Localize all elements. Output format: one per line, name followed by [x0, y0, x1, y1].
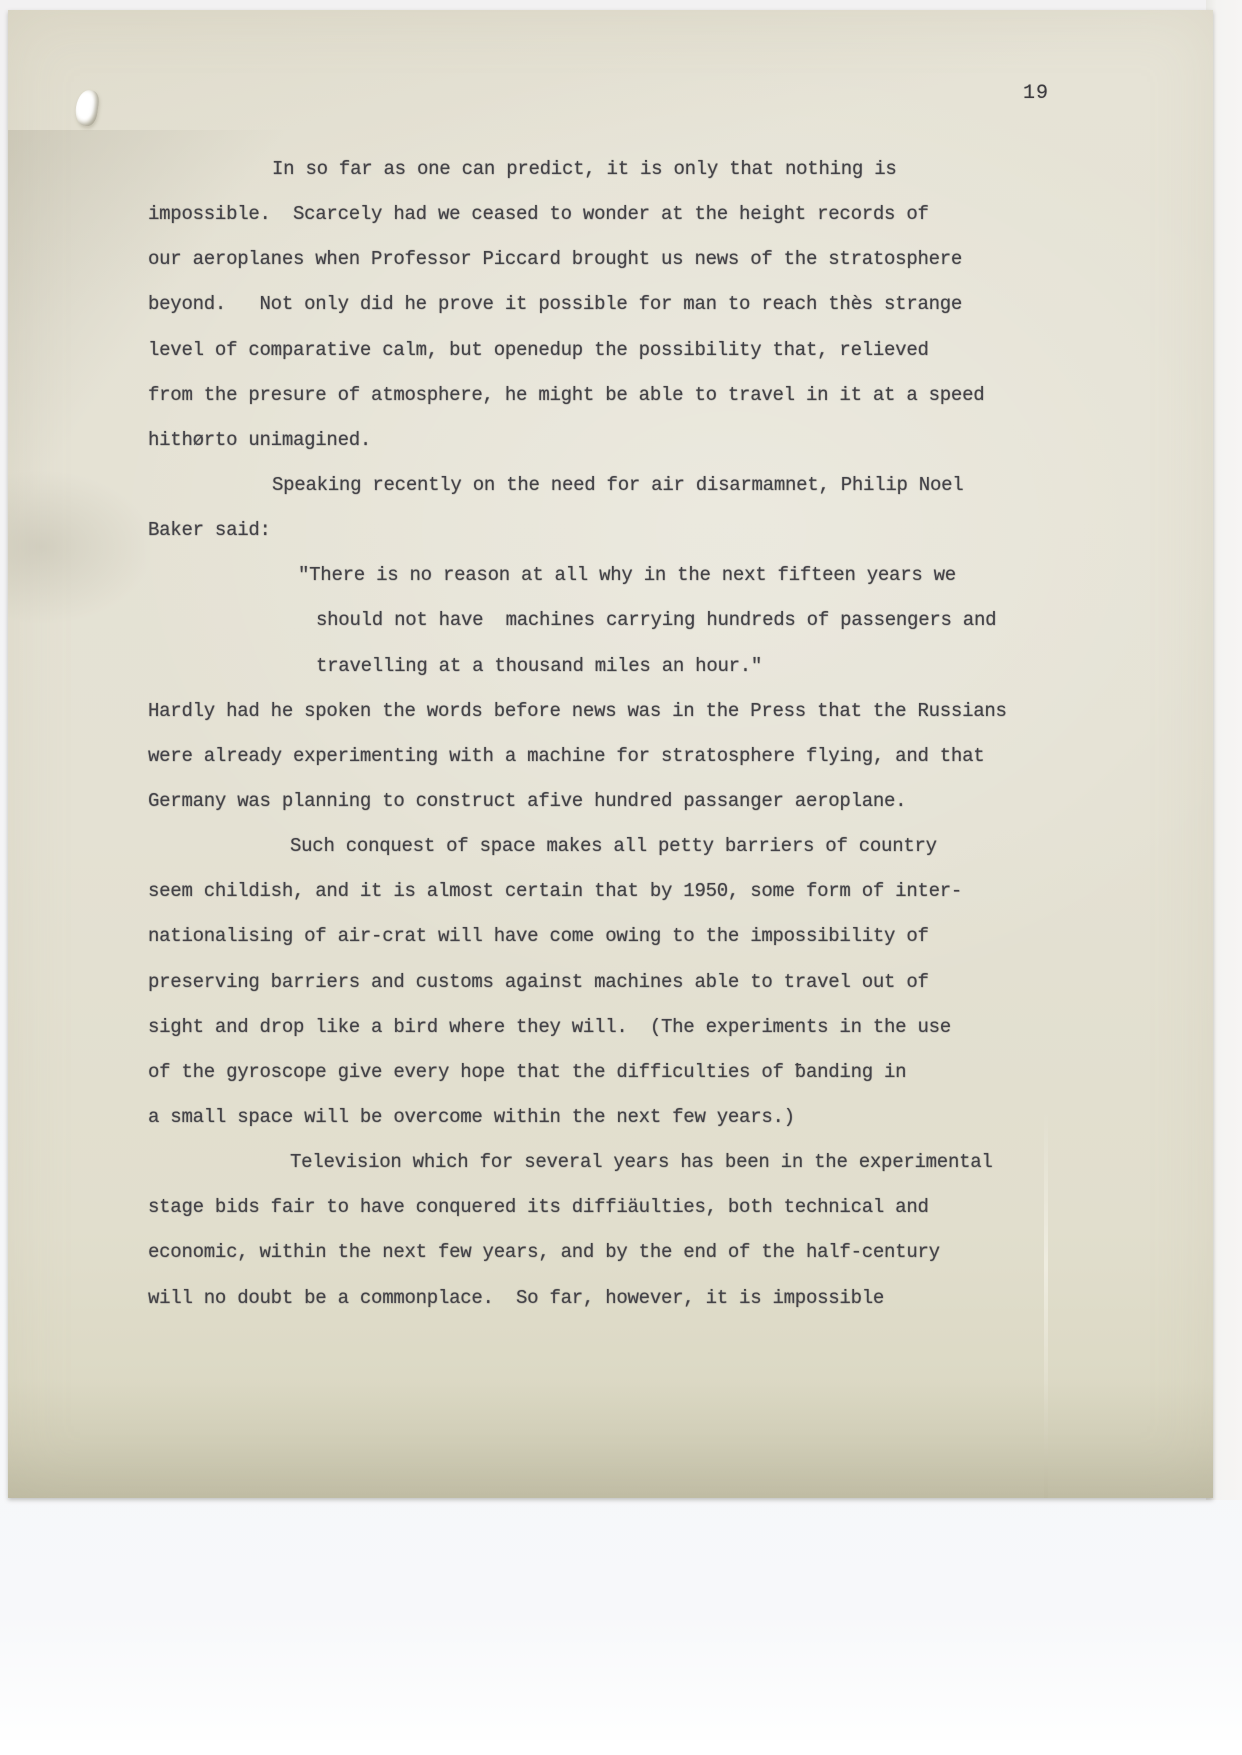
text-line: Hardly had he spoken the words before ne…: [148, 689, 1148, 734]
text-line: In so far as one can predict, it is only…: [148, 147, 1148, 192]
typewritten-page: 19 In so far as one can predict, it is o…: [8, 10, 1213, 1498]
text-line: hithørto unimagined.: [148, 418, 1148, 463]
text-line: travelling at a thousand miles an hour.": [148, 644, 1148, 689]
text-line: our aeroplanes when Professor Piccard br…: [148, 237, 1148, 282]
text-line: Germany was planning to construct afive …: [148, 779, 1148, 824]
text-line: "There is no reason at all why in the ne…: [148, 553, 1148, 598]
text-line: seem childish, and it is almost certain …: [148, 869, 1148, 914]
text-line: were already experimenting with a machin…: [148, 734, 1148, 779]
scan-bottom-strip: [0, 1740, 1242, 1755]
typewritten-text: In so far as one can predict, it is only…: [148, 147, 1148, 1321]
text-line: economic, within the next few years, and…: [148, 1230, 1148, 1275]
text-line: from the presure of atmosphere, he might…: [148, 373, 1148, 418]
text-line: nationalising of air-crat will have come…: [148, 914, 1148, 959]
page-number: 19: [1023, 82, 1049, 105]
text-line: level of comparative calm, but openedup …: [148, 328, 1148, 373]
text-line: a small space will be overcome within th…: [148, 1095, 1148, 1140]
paper-edge-shadow: [8, 1378, 1213, 1498]
text-line: Such conquest of space makes all petty b…: [148, 824, 1148, 869]
text-line: Baker said:: [148, 508, 1148, 553]
staple-hole: [74, 89, 101, 128]
text-line: sight and drop like a bird where they wi…: [148, 1005, 1148, 1050]
text-line: Speaking recently on the need for air di…: [148, 463, 1148, 508]
text-line: Television which for several years has b…: [148, 1140, 1148, 1185]
text-line: should not have machines carrying hundre…: [148, 598, 1148, 643]
text-line: of the gyroscope give every hope that th…: [148, 1050, 1148, 1095]
text-line: impossible. Scarcely had we ceased to wo…: [148, 192, 1148, 237]
text-line: stage bids fair to have conquered its di…: [148, 1185, 1148, 1230]
text-line: preserving barriers and customs against …: [148, 960, 1148, 1005]
text-line: beyond. Not only did he prove it possibl…: [148, 282, 1148, 327]
text-line: will no doubt be a commonplace. So far, …: [148, 1276, 1148, 1321]
